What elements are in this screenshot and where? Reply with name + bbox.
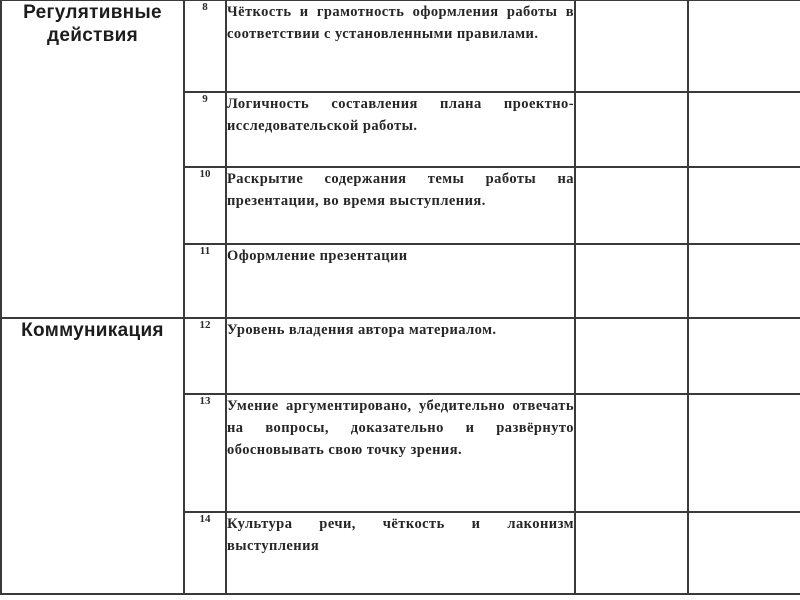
score-cell-1[interactable] [575,244,688,318]
score-cell-1[interactable] [575,512,688,594]
score-cell-2[interactable] [688,394,800,512]
criterion-number: 13 [184,394,226,512]
table-row: Регулятивные действия 8 Чёткость и грамо… [1,0,800,92]
criterion-text: Культура речи, чёткость и лаконизм высту… [226,512,575,594]
table-row: Коммуникация 12 Уровень владения автора … [1,318,800,394]
score-cell-2[interactable] [688,512,800,594]
score-cell-2[interactable] [688,244,800,318]
score-cell-1[interactable] [575,318,688,394]
score-cell-1[interactable] [575,167,688,244]
criterion-text: Логичность составления плана проектно-ис… [226,92,575,167]
criterion-text: Раскрытие содержания темы работы на през… [226,167,575,244]
criterion-number: 14 [184,512,226,594]
criterion-text: Уровень владения автора материалом. [226,318,575,394]
score-cell-2[interactable] [688,167,800,244]
category-cell-regulatory: Регулятивные действия [1,0,184,318]
criterion-number: 11 [184,244,226,318]
rubric-page: Регулятивные действия 8 Чёткость и грамо… [0,0,800,600]
score-cell-1[interactable] [575,0,688,92]
criterion-text: Умение аргументировано, убедительно отве… [226,394,575,512]
criterion-number: 10 [184,167,226,244]
score-cell-2[interactable] [688,0,800,92]
score-cell-1[interactable] [575,92,688,167]
assessment-table: Регулятивные действия 8 Чёткость и грамо… [0,0,800,595]
score-cell-2[interactable] [688,318,800,394]
criterion-text: Чёткость и грамотность оформления работы… [226,0,575,92]
criterion-number: 9 [184,92,226,167]
score-cell-2[interactable] [688,92,800,167]
criterion-text: Оформление презентации [226,244,575,318]
criterion-number: 8 [184,0,226,92]
score-cell-1[interactable] [575,394,688,512]
criterion-number: 12 [184,318,226,394]
category-cell-communication: Коммуникация [1,318,184,594]
